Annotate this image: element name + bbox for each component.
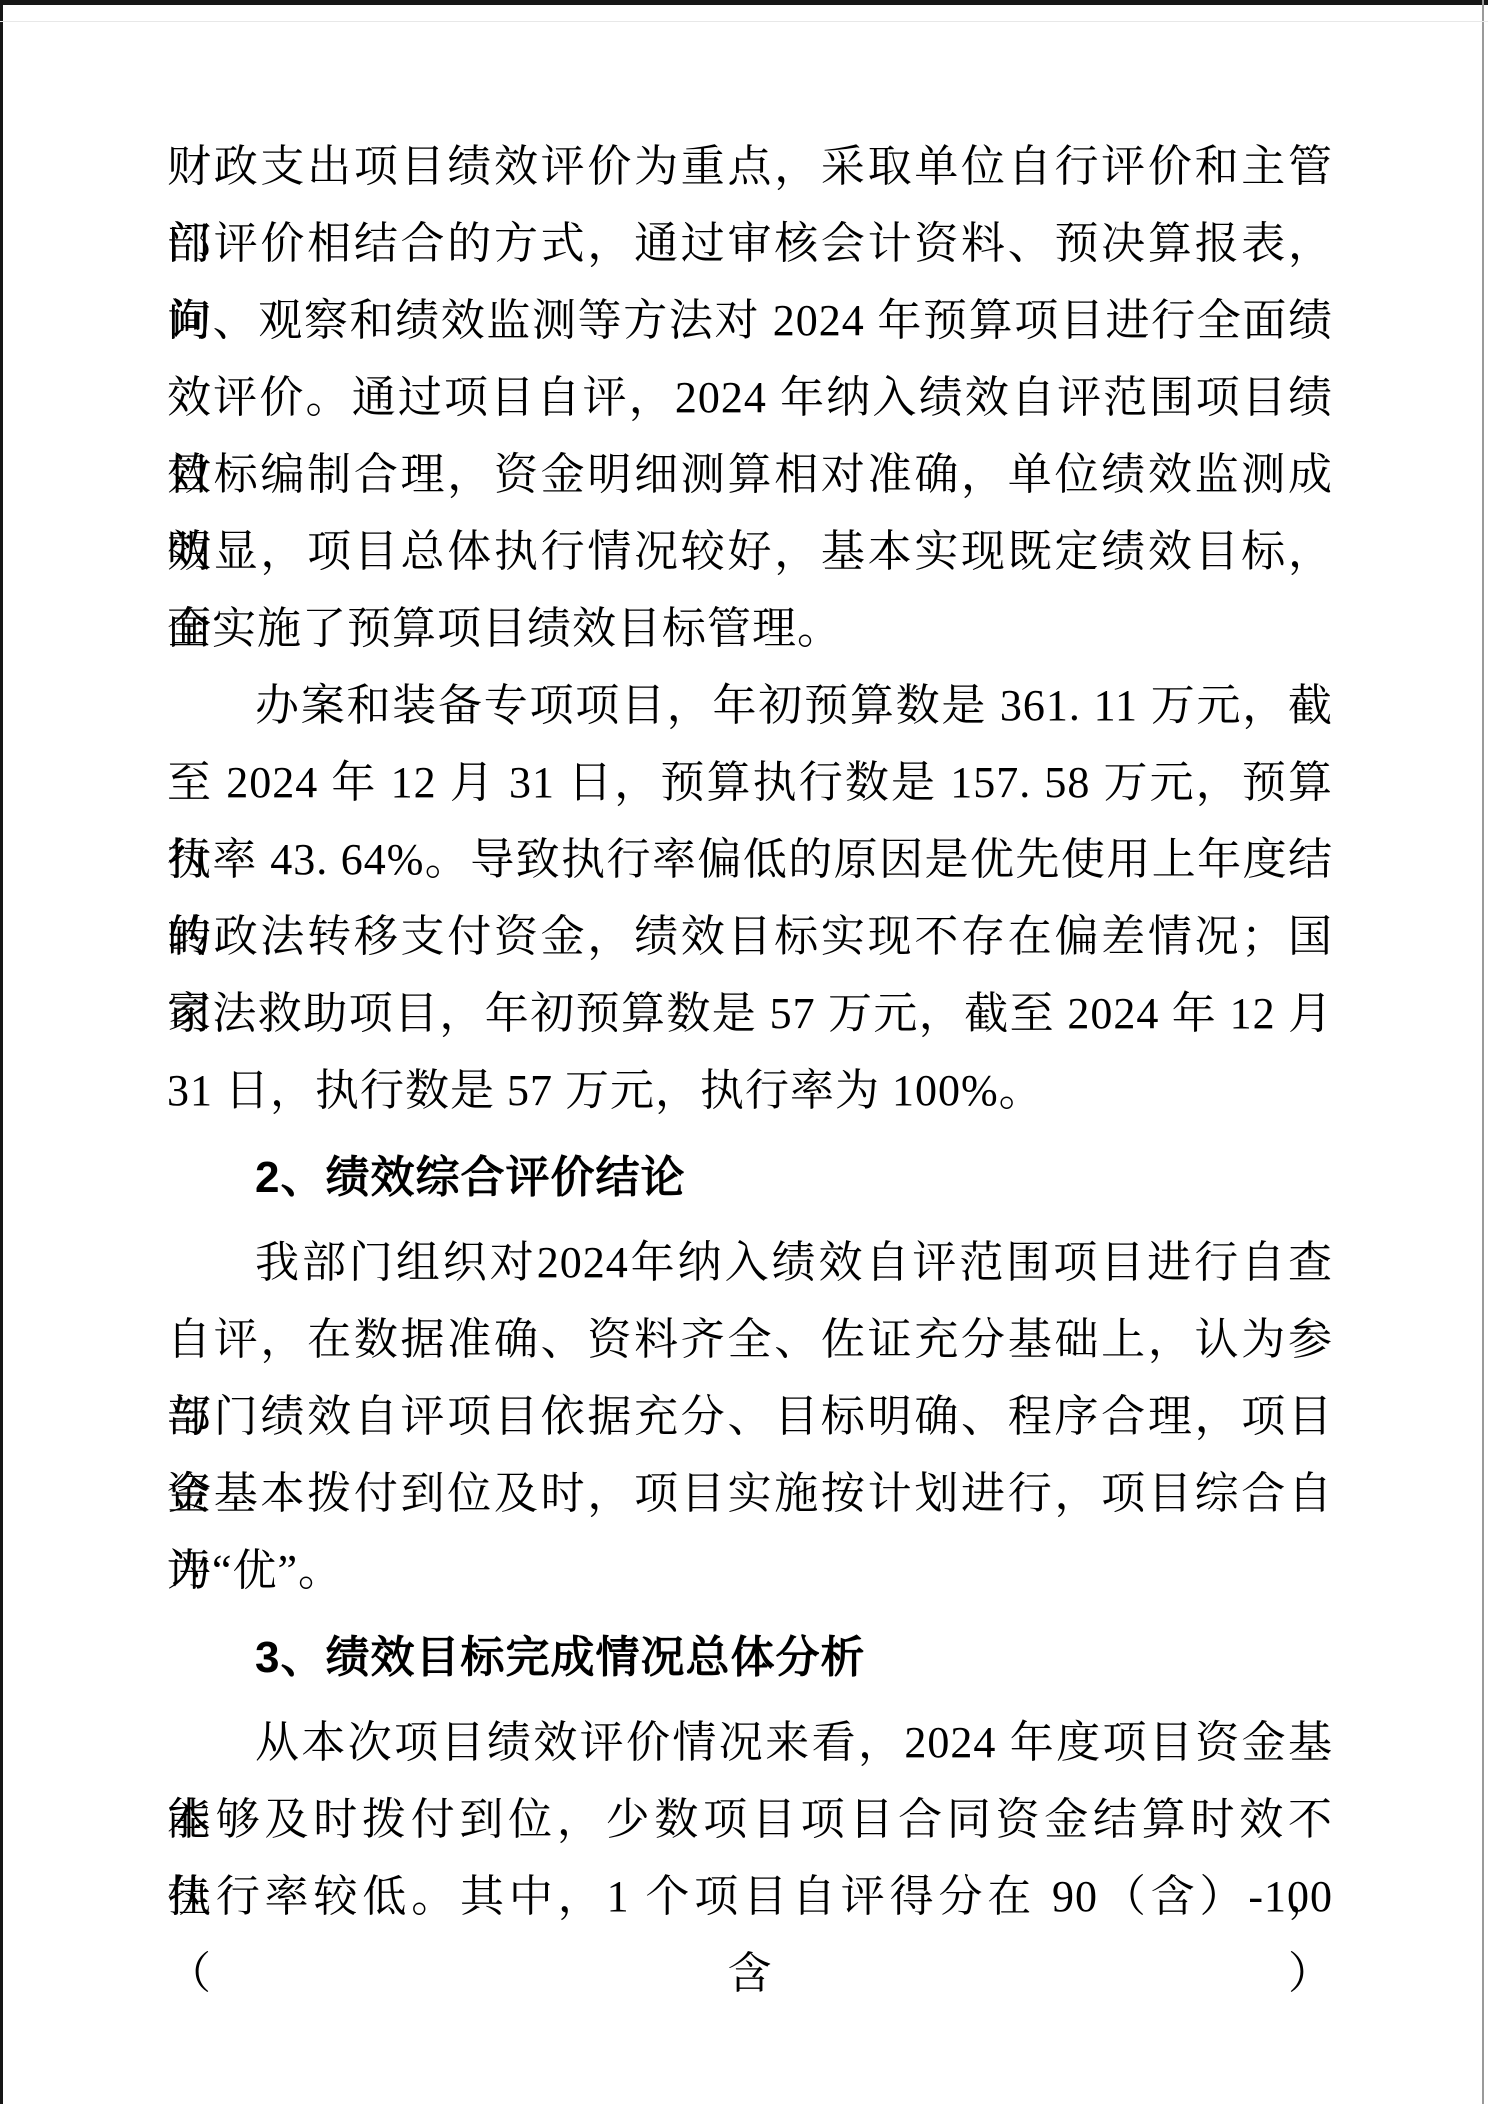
document-body: 财政支出项目绩效评价为重点，采取单位自行评价和主管部 门评价相结合的方式，通过审… (167, 128, 1333, 1935)
text-line: 我部门组织对2024年纳入绩效自评范围项目进行自查 (167, 1224, 1333, 1301)
text-line: 目标编制合理，资金明细测算相对准确，单位绩效监测成效 (167, 436, 1333, 513)
text-line: 执行率较低。其中，1 个项目自评得分在 90（含）-100（含） (167, 1858, 1333, 1935)
page-top-edge-bar (0, 0, 1488, 5)
text-line: 面实施了预算项目绩效目标管理。 (167, 590, 1333, 667)
document-page: 财政支出项目绩效评价为重点，采取单位自行评价和主管部 门评价相结合的方式，通过审… (0, 0, 1488, 2104)
text-line: 为“优”。 (167, 1532, 1333, 1609)
text-line: 从本次项目绩效评价情况来看，2024 年度项目资金基本 (167, 1704, 1333, 1781)
page-right-rule (1482, 0, 1484, 2104)
text-line: 31 日，执行数是 57 万元，执行率为 100%。 (167, 1052, 1333, 1129)
text-line: 行率 43. 64%。导致执行率偏低的原因是优先使用上年度结转 (167, 821, 1333, 898)
text-line: 门评价相结合的方式，通过审核会计资料、预决算报表，询 (167, 205, 1333, 282)
page-left-edge-bar (0, 0, 3, 2104)
text-line: 明显，项目总体执行情况较好，基本实现既定绩效目标，全 (167, 513, 1333, 590)
text-line: 至 2024 年 12 月 31 日，预算执行数是 157. 58 万元，预算执 (167, 744, 1333, 821)
text-line: 能够及时拨付到位，少数项目项目合同资金结算时效不佳， (167, 1781, 1333, 1858)
text-line: 自评，在数据准确、资料齐全、佐证充分基础上，认为参与 (167, 1301, 1333, 1378)
text-line: 办案和装备专项项目，年初预算数是 361. 11 万元，截 (167, 667, 1333, 744)
text-line: 金基本拨付到位及时，项目实施按计划进行，项目综合自评 (167, 1455, 1333, 1532)
text-line: 司法救助项目，年初预算数是 57 万元，截至 2024 年 12 月 (167, 975, 1333, 1052)
text-line: 财政支出项目绩效评价为重点，采取单位自行评价和主管部 (167, 128, 1333, 205)
text-line: 部门绩效自评项目依据充分、目标明确、程序合理，项目资 (167, 1378, 1333, 1455)
text-line: 问、观察和绩效监测等方法对 2024 年预算项目进行全面绩 (167, 282, 1333, 359)
section-heading-performance-conclusion: 2、绩效综合评价结论 (167, 1139, 1333, 1216)
text-line: 效评价。通过项目自评，2024 年纳入绩效自评范围项目绩效 (167, 359, 1333, 436)
page-top-faint-rule (0, 21, 1488, 22)
text-line: 的政法转移支付资金，绩效目标实现不存在偏差情况；国家 (167, 898, 1333, 975)
section-heading-goal-completion-analysis: 3、绩效目标完成情况总体分析 (167, 1619, 1333, 1696)
